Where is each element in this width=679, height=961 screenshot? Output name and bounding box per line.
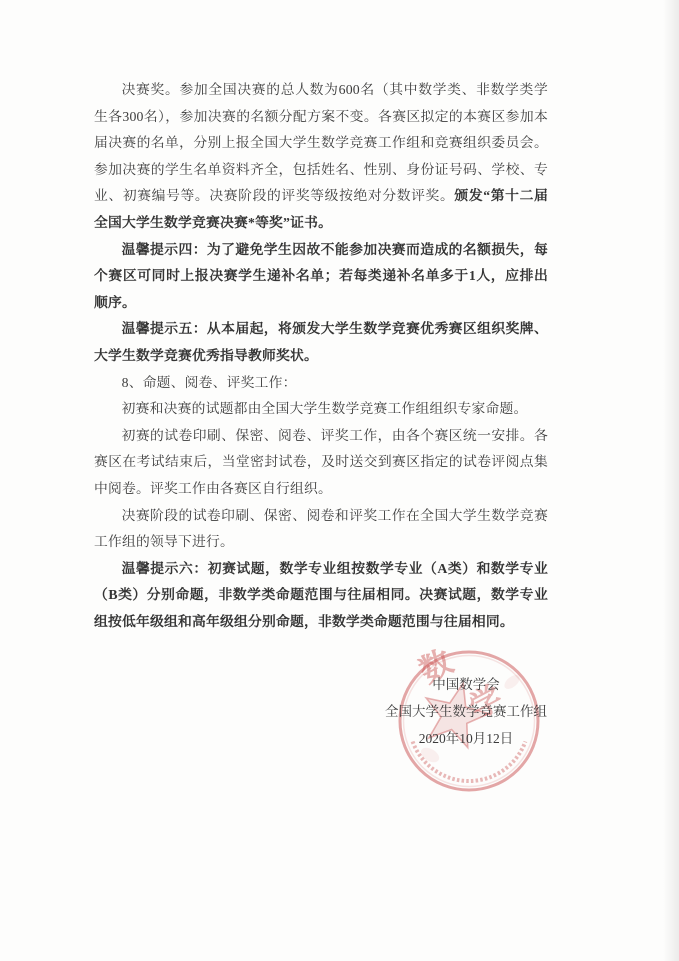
signature-workgroup: 全国大学生数学竞赛工作组 bbox=[373, 699, 559, 726]
signature-organization: 中国数学会 bbox=[373, 672, 559, 699]
paragraph-reminder-6: 温馨提示六：初赛试题，数学专业组按数学专业（A类）和数学专业（B类）分别命题，非… bbox=[94, 556, 548, 636]
signature-block: 中国数学会 全国大学生数学竞赛工作组 2020年10月12日 bbox=[373, 672, 559, 752]
paragraph-final-grading: 决赛阶段的试卷印刷、保密、阅卷和评奖工作在全国大学生数学竞赛工作组的领导下进行。 bbox=[94, 503, 548, 556]
scan-edge-shadow bbox=[663, 0, 679, 961]
paragraph-section-8-heading: 8、命题、阅卷、评奖工作： bbox=[94, 370, 548, 397]
document-page: 决赛奖。参加全国决赛的总人数为600名（其中数学类、非数学类学生各300名），参… bbox=[0, 0, 679, 961]
document-body: 决赛奖。参加全国决赛的总人数为600名（其中数学类、非数学类学生各300名），参… bbox=[94, 77, 548, 635]
paragraph-final-award-text: 决赛奖。参加全国决赛的总人数为600名（其中数学类、非数学类学生各300名），参… bbox=[94, 82, 548, 203]
paragraph-final-award: 决赛奖。参加全国决赛的总人数为600名（其中数学类、非数学类学生各300名），参… bbox=[94, 77, 548, 237]
paragraph-reminder-4: 温馨提示四：为了避免学生因故不能参加决赛而造成的名额损失，每个赛区可同时上报决赛… bbox=[94, 237, 548, 317]
paragraph-proposition: 初赛和决赛的试题都由全国大学生数学竞赛工作组组织专家命题。 bbox=[94, 396, 548, 423]
signature-date: 2020年10月12日 bbox=[373, 726, 559, 753]
paragraph-preliminary-grading: 初赛的试卷印刷、保密、阅卷、评奖工作，由各个赛区统一安排。各赛区在考试结束后，当… bbox=[94, 423, 548, 503]
paragraph-reminder-5: 温馨提示五：从本届起，将颁发大学生数学竞赛优秀赛区组织奖牌、大学生数学竞赛优秀指… bbox=[94, 316, 548, 369]
